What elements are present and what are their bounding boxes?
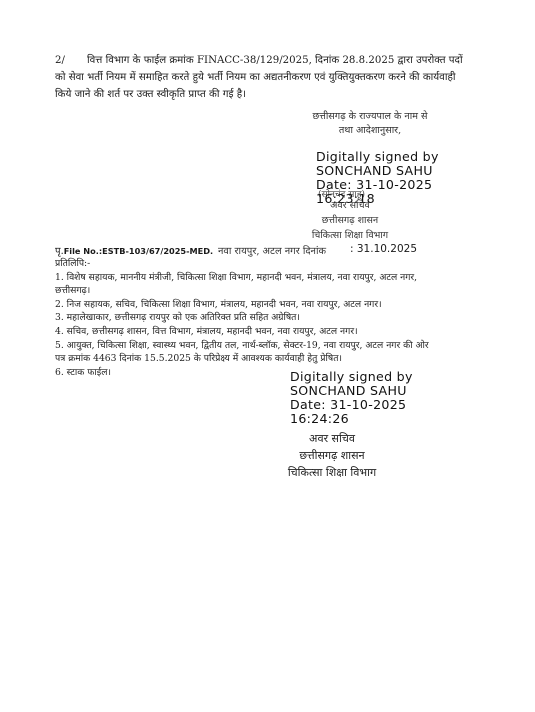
reference-prefix: पृ. <box>55 246 64 257</box>
copy-to-heading: प्रतिलिपि:- <box>55 257 495 271</box>
signature-1-title: अवर सचिव छत्तीसगढ़ शासन चिकित्सा शिक्षा … <box>290 198 410 243</box>
paragraph-line-2: को सेवा भर्ती नियम में समाहित करते हुये … <box>55 69 475 86</box>
authority-line-2: तथा आदेशानुसार, <box>270 124 470 138</box>
copy-to-list: प्रतिलिपि:- 1. विशेष सहायक, माननीय मंत्र… <box>55 257 495 379</box>
copy-to-item: छत्तीसगढ़। <box>55 284 495 298</box>
file-number: File No.:ESTB-103/67/2025-MED. <box>64 246 213 256</box>
authority-block: छत्तीसगढ़ के राज्यपाल के नाम से तथा आदेश… <box>270 110 470 138</box>
paragraph-line-1: 2/वित्त विभाग के फाईल क्रमांक FINACC-38/… <box>55 52 475 69</box>
paragraph-number: 2/ <box>55 52 87 69</box>
copy-to-item: पत्र क्रमांक 4463 दिनांक 15.5.2025 के पर… <box>55 352 495 366</box>
copy-to-item: 5. आयुक्त, चिकित्सा शिक्षा, स्वास्थ्य भव… <box>55 339 495 353</box>
digital-signature-stamp-2: Digitally signed by SONCHAND SAHU Date: … <box>290 370 413 426</box>
reference-line: पृ.File No.:ESTB-103/67/2025-MED. नवा रा… <box>55 244 213 257</box>
copy-to-item: 2. निज सहायक, सचिव, चिकित्सा शिक्षा विभा… <box>55 298 495 312</box>
copy-to-item: 6. स्टाक फाईल। <box>55 366 495 380</box>
reference-place: नवा रायपुर, अटल नगर दिनांक <box>218 244 326 257</box>
copy-to-item: 1. विशेष सहायक, माननीय मंत्रीजी, चिकित्स… <box>55 271 495 285</box>
paragraph-2: 2/वित्त विभाग के फाईल क्रमांक FINACC-38/… <box>55 52 475 103</box>
signature-2-title: अवर सचिव छत्तीसगढ़ शासन चिकित्सा शिक्षा … <box>262 430 402 481</box>
copy-to-item: 3. महालेखाकार, छत्तीसगढ़ रायपुर को एक अत… <box>55 311 495 325</box>
document-page: 2/वित्त विभाग के फाईल क्रमांक FINACC-38/… <box>0 0 535 712</box>
copy-to-item: 4. सचिव, छत्तीसगढ़ शासन, वित्त विभाग, मं… <box>55 325 495 339</box>
authority-line-1: छत्तीसगढ़ के राज्यपाल के नाम से <box>270 110 470 124</box>
paragraph-line-3: किये जाने की शर्त पर उक्त स्वीकृति प्राप… <box>55 86 475 103</box>
reference-date: : 31.10.2025 <box>350 243 417 255</box>
